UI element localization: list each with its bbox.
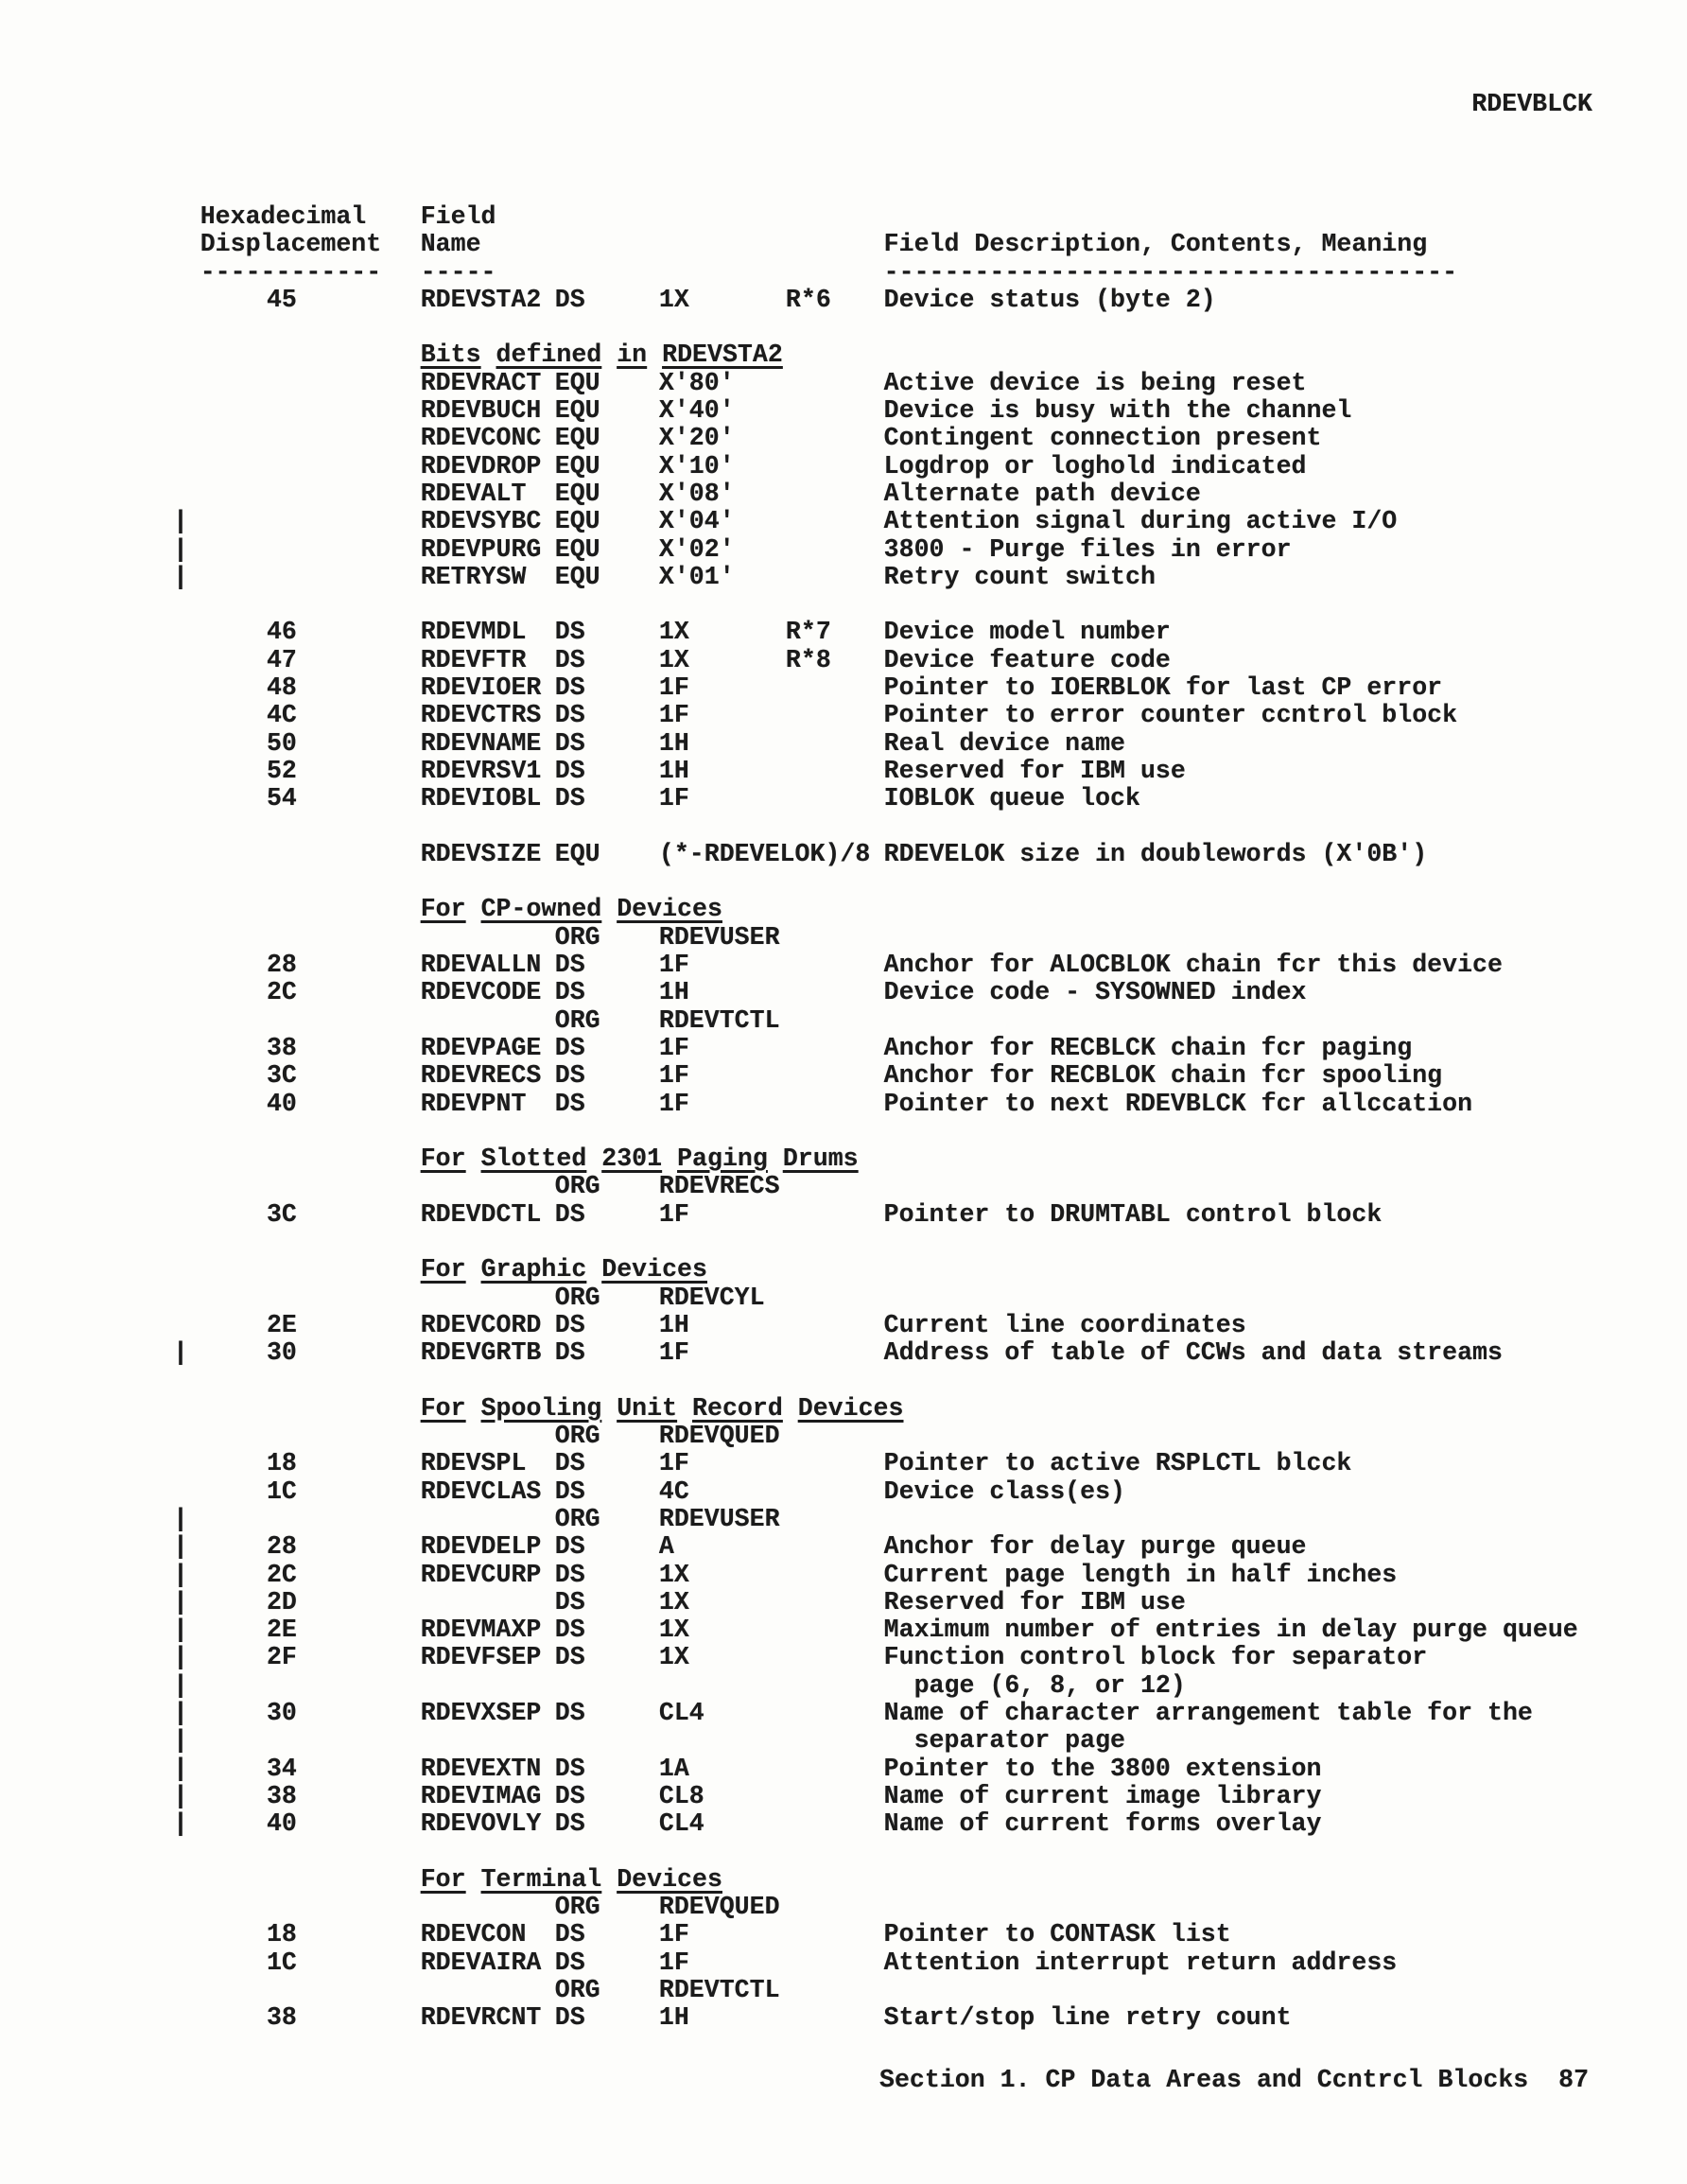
- field-description: Name of current image library: [884, 1782, 1322, 1810]
- field-description: Retry count switch: [884, 563, 1156, 591]
- listing-row: 2ERDEVCORDDS1HCurrent line coordinates: [173, 1311, 1678, 1338]
- field-name: RDEVSPL: [421, 1449, 527, 1477]
- opcode: EQU: [555, 396, 600, 425]
- listing-row: RDEVCONCEQUX'20'Contingent connection pr…: [173, 424, 1678, 451]
- opcode: EQU: [555, 840, 600, 868]
- opcode: DS: [555, 1532, 585, 1561]
- register-ref: R*8: [786, 646, 831, 674]
- section-heading-text: For Spooling Unit Record Devices: [421, 1394, 904, 1423]
- operand-value: 1F: [659, 1200, 689, 1229]
- opcode: DS: [555, 1449, 585, 1477]
- field-description: Device model number: [884, 618, 1171, 646]
- opcode: DS: [555, 2003, 585, 2032]
- opcode: DS: [555, 1809, 585, 1838]
- field-name: Name: [421, 230, 481, 258]
- change-bar: |: [173, 1671, 188, 1700]
- opcode: ORG: [555, 1172, 600, 1200]
- field-description: Anchor for RECBLOK chain fcr spooling: [884, 1061, 1442, 1090]
- opcode: DS: [555, 286, 585, 314]
- field-description: Pointer to next RDEVBLCK fcr allccation: [884, 1090, 1472, 1118]
- listing-row: |RETRYSWEQUX'01'Retry count switch: [173, 563, 1678, 590]
- listing-row: 38RDEVPAGEDS1FAnchor for RECBLCK chain f…: [173, 1034, 1678, 1061]
- opcode: DS: [555, 1782, 585, 1810]
- operand-value: 1F: [659, 673, 689, 702]
- field-description: Reserved for IBM use: [884, 757, 1186, 785]
- operand-value: 1X: [659, 286, 689, 314]
- field-name: RDEVPNT: [421, 1090, 527, 1118]
- section-heading-text: For Slotted 2301 Paging Drums: [421, 1144, 859, 1173]
- listing-row: |2FRDEVFSEPDS1XFunction control block fo…: [173, 1643, 1678, 1670]
- change-bar: |: [173, 1561, 188, 1589]
- heading-word: Paging: [677, 1144, 768, 1173]
- field-description: Reserved for IBM use: [884, 1588, 1186, 1616]
- field-description: Current line coordinates: [884, 1311, 1246, 1339]
- opcode: ORG: [555, 1505, 600, 1533]
- displacement-value: 47: [267, 646, 297, 674]
- section-heading-text: For CP-owned Devices: [421, 895, 722, 923]
- displacement-value: 38: [267, 1034, 297, 1062]
- section-heading: For Graphic Devices: [173, 1255, 1678, 1283]
- heading-word: Slotted: [481, 1144, 587, 1173]
- operand-value: X'04': [659, 507, 735, 535]
- heading-word: 2301: [601, 1144, 662, 1173]
- listing-row: ORGRDEVCYL: [173, 1284, 1678, 1311]
- displacement-value: 2E: [267, 1311, 297, 1339]
- blank-line: [173, 313, 1678, 341]
- field-description: Function control block for separator: [884, 1643, 1428, 1671]
- operand-value: RDEVQUED: [659, 1893, 780, 1921]
- listing-row: ORGRDEVTCTL: [173, 1976, 1678, 2003]
- listing-row: RDEVRACTEQUX'80'Active device is being r…: [173, 369, 1678, 396]
- section-heading-text: For Terminal Devices: [421, 1865, 722, 1894]
- field-name: RDEVCTRS: [421, 701, 542, 729]
- operand-value: 1F: [659, 1920, 689, 1948]
- field-description: --------------------------------------: [884, 258, 1457, 287]
- displacement-value: 38: [267, 2003, 297, 2032]
- operand-value: 1H: [659, 729, 689, 758]
- opcode: EQU: [555, 535, 600, 564]
- change-bar: |: [173, 1699, 188, 1727]
- field-description: Pointer to error counter ccntrol block: [884, 701, 1457, 729]
- opcode: DS: [555, 701, 585, 729]
- operand-value: 1F: [659, 1338, 689, 1367]
- operand-value: 1X: [659, 1561, 689, 1589]
- change-bar: |: [173, 535, 188, 564]
- field-name: RDEVMAXP: [421, 1616, 542, 1644]
- heading-word: Terminal: [481, 1865, 602, 1894]
- field-name: RDEVIOER: [421, 673, 542, 702]
- listing-row: 45RDEVSTA2DS1XR*6Device status (byte 2): [173, 286, 1678, 313]
- displacement-value: 18: [267, 1920, 297, 1948]
- change-bar: |: [173, 1338, 188, 1367]
- opcode: DS: [555, 757, 585, 785]
- listing-row: |2CRDEVCURPDS1XCurrent page length in ha…: [173, 1561, 1678, 1588]
- opcode: DS: [555, 951, 585, 979]
- operand-value: 1F: [659, 784, 689, 812]
- opcode: ORG: [555, 1284, 600, 1312]
- listing-row: RDEVALTEQUX'08'Alternate path device: [173, 480, 1678, 507]
- listing-row: RDEVBUCHEQUX'40'Device is busy with the …: [173, 396, 1678, 424]
- field-name: RDEVRCNT: [421, 2003, 542, 2032]
- heading-word: Record: [692, 1394, 783, 1423]
- displacement-value: 2F: [267, 1643, 297, 1671]
- displacement-value: 50: [267, 729, 297, 758]
- operand-value: CL4: [659, 1699, 704, 1727]
- field-name: RDEVIOBL: [421, 784, 542, 812]
- heading-word: Spooling: [481, 1394, 602, 1423]
- listing-row: 4CRDEVCTRSDS1FPointer to error counter c…: [173, 701, 1678, 728]
- field-description: RDEVELOK size in doublewords (X'0B'): [884, 840, 1428, 868]
- change-bar: |: [173, 1726, 188, 1755]
- listing-row: DisplacementNameField Description, Conte…: [173, 230, 1678, 257]
- change-bar: |: [173, 1616, 188, 1644]
- blank-line: [173, 590, 1678, 618]
- operand-value: X'80': [659, 369, 735, 397]
- opcode: DS: [555, 1755, 585, 1783]
- operand-value: CL4: [659, 1809, 704, 1838]
- opcode: EQU: [555, 424, 600, 452]
- opcode: DS: [555, 1477, 585, 1506]
- heading-word: Drums: [783, 1144, 859, 1173]
- opcode: ORG: [555, 923, 600, 952]
- heading-word: For: [421, 1144, 466, 1173]
- section-heading: For Slotted 2301 Paging Drums: [173, 1144, 1678, 1172]
- displacement-value: 3C: [267, 1061, 297, 1090]
- opcode: EQU: [555, 507, 600, 535]
- register-ref: R*7: [786, 618, 831, 646]
- page-footer: Section 1. CP Data Areas and Ccntrcl Blo…: [879, 2066, 1589, 2094]
- opcode: DS: [555, 784, 585, 812]
- change-bar: |: [173, 1505, 188, 1533]
- section-heading: For Terminal Devices: [173, 1865, 1678, 1893]
- operand-value: 1F: [659, 1090, 689, 1118]
- heading-word: Unit: [617, 1394, 677, 1423]
- listing-row: 1CRDEVCLASDS4CDevice class(es): [173, 1477, 1678, 1505]
- displacement-value: 48: [267, 673, 297, 702]
- displacement-value: 46: [267, 618, 297, 646]
- field-description: Start/stop line retry count: [884, 2003, 1292, 2032]
- operand-value: (*-RDEVELOK)/8: [659, 840, 870, 868]
- field-name: RDEVCODE: [421, 978, 542, 1006]
- opcode: DS: [555, 1338, 585, 1367]
- listing-row: |34RDEVEXTNDS1APointer to the 3800 exten…: [173, 1755, 1678, 1782]
- listing-row: |38RDEVIMAGDSCL8Name of current image li…: [173, 1782, 1678, 1809]
- listing-row: |2ERDEVMAXPDS1XMaximum number of entries…: [173, 1616, 1678, 1643]
- operand-value: 1X: [659, 618, 689, 646]
- section-heading-text: For Graphic Devices: [421, 1255, 707, 1284]
- field-description: Pointer to IOERBLOK for last CP error: [884, 673, 1442, 702]
- operand-value: 1F: [659, 951, 689, 979]
- field-name: RDEVRSV1: [421, 757, 542, 785]
- field-description: Logdrop or loghold indicated: [884, 452, 1307, 480]
- field-description: Device status (byte 2): [884, 286, 1216, 314]
- field-name: RDEVEXTN: [421, 1755, 542, 1783]
- field-name: RDEVRECS: [421, 1061, 542, 1090]
- displacement-value: 1C: [267, 1948, 297, 1977]
- operand-value: 1H: [659, 978, 689, 1006]
- change-bar: |: [173, 1643, 188, 1671]
- field-description: Name of character arrangement table for …: [884, 1699, 1533, 1727]
- operand-value: A: [659, 1532, 674, 1561]
- field-name: RDEVMDL: [421, 618, 527, 646]
- field-description: Attention signal during active I/O: [884, 507, 1398, 535]
- field-description: Device code - SYSOWNED index: [884, 978, 1307, 1006]
- listing-row: 3CRDEVRECSDS1FAnchor for RECBLOK chain f…: [173, 1061, 1678, 1089]
- listing-row: |40RDEVOVLYDSCL4Name of current forms ov…: [173, 1809, 1678, 1837]
- opcode: DS: [555, 1311, 585, 1339]
- field-name: RDEVALLN: [421, 951, 542, 979]
- section-heading: Bits defined in RDEVSTA2: [173, 341, 1678, 368]
- listing-row: ORGRDEVUSER: [173, 923, 1678, 951]
- field-listing: HexadecimalFieldDisplacementNameField De…: [173, 202, 1678, 2032]
- displacement-value: 40: [267, 1809, 297, 1838]
- displacement-value: 30: [267, 1338, 297, 1367]
- section-heading: For Spooling Unit Record Devices: [173, 1394, 1678, 1422]
- field-name: RDEVPURG: [421, 535, 542, 564]
- field-name: RDEVFSEP: [421, 1643, 542, 1671]
- blank-line: [173, 1228, 1678, 1255]
- listing-row: 18RDEVCONDS1FPointer to CONTASK list: [173, 1920, 1678, 1948]
- opcode: DS: [555, 1588, 585, 1616]
- displacement-value: 30: [267, 1699, 297, 1727]
- operand-value: CL8: [659, 1782, 704, 1810]
- operand-value: 1F: [659, 1948, 689, 1977]
- manual-page: RDEVBLCK HexadecimalFieldDisplacementNam…: [0, 0, 1687, 2184]
- listing-row: |30RDEVXSEPDSCL4Name of character arrang…: [173, 1699, 1678, 1726]
- operand-value: X'02': [659, 535, 735, 564]
- heading-word: RDEVSTA2: [662, 341, 783, 369]
- displacement-value: 2D: [267, 1588, 297, 1616]
- displacement-value: 52: [267, 757, 297, 785]
- heading-word: Devices: [617, 895, 722, 923]
- operand-value: X'08': [659, 480, 735, 508]
- operand-value: X'01': [659, 563, 735, 591]
- displacement-value: 28: [267, 1532, 297, 1561]
- heading-word: Devices: [617, 1865, 722, 1894]
- opcode: DS: [555, 729, 585, 758]
- heading-word: Graphic: [481, 1255, 587, 1284]
- operand-value: 1X: [659, 1616, 689, 1644]
- field-name: RDEVIMAG: [421, 1782, 542, 1810]
- blank-line: [173, 812, 1678, 840]
- operand-value: X'10': [659, 452, 735, 480]
- operand-value: 1X: [659, 1643, 689, 1671]
- listing-row: 54RDEVIOBLDS1FIOBLOK queue lock: [173, 784, 1678, 812]
- opcode: EQU: [555, 563, 600, 591]
- listing-row: ORGRDEVQUED: [173, 1893, 1678, 1920]
- opcode: DS: [555, 1061, 585, 1090]
- opcode: ORG: [555, 1006, 600, 1035]
- opcode: DS: [555, 646, 585, 674]
- operand-value: RDEVCYL: [659, 1284, 765, 1312]
- listing-row: RDEVDROPEQUX'10'Logdrop or loghold indic…: [173, 452, 1678, 480]
- opcode: DS: [555, 618, 585, 646]
- column-header: Hexadecimal: [200, 202, 367, 231]
- field-name: RDEVDCTL: [421, 1200, 542, 1229]
- field-name: RDEVPAGE: [421, 1034, 542, 1062]
- opcode: DS: [555, 673, 585, 702]
- listing-row: |page (6, 8, or 12): [173, 1671, 1678, 1699]
- blank-line: [173, 1838, 1678, 1865]
- opcode: DS: [555, 1200, 585, 1229]
- opcode: EQU: [555, 452, 600, 480]
- field-description: Anchor for ALOCBLOK chain fcr this devic…: [884, 951, 1503, 979]
- opcode: DS: [555, 1561, 585, 1589]
- field-name: -----: [421, 258, 496, 287]
- opcode: DS: [555, 1616, 585, 1644]
- change-bar: |: [173, 563, 188, 591]
- operand-value: 1F: [659, 1449, 689, 1477]
- field-description: Attention interrupt return address: [884, 1948, 1398, 1977]
- field-name: RDEVXSEP: [421, 1699, 542, 1727]
- register-ref: R*6: [786, 286, 831, 314]
- change-bar: |: [173, 1755, 188, 1783]
- field-name: RDEVCURP: [421, 1561, 542, 1589]
- displacement-value: 34: [267, 1755, 297, 1783]
- description-continuation: separator page: [914, 1726, 1125, 1755]
- field-name: RDEVDELP: [421, 1532, 542, 1561]
- heading-word: defined: [496, 341, 602, 369]
- listing-row: ORGRDEVQUED: [173, 1422, 1678, 1449]
- field-name: RDEVCON: [421, 1920, 527, 1948]
- listing-row: 3CRDEVDCTLDS1FPointer to DRUMTABL contro…: [173, 1200, 1678, 1228]
- change-bar: |: [173, 1588, 188, 1616]
- operand-value: 1X: [659, 646, 689, 674]
- field-description: Maximum number of entries in delay purge…: [884, 1616, 1578, 1644]
- field-description: Pointer to CONTASK list: [884, 1920, 1231, 1948]
- operand-value: 4C: [659, 1477, 689, 1506]
- listing-row: |30RDEVGRTBDS1FAddress of table of CCWs …: [173, 1338, 1678, 1366]
- opcode: DS: [555, 1643, 585, 1671]
- listing-row: |RDEVSYBCEQUX'04'Attention signal during…: [173, 507, 1678, 534]
- operand-value: 1F: [659, 1061, 689, 1090]
- operand-value: RDEVTCTL: [659, 1976, 780, 2004]
- field-name: RDEVCORD: [421, 1311, 542, 1339]
- field-name: RDEVSYBC: [421, 507, 542, 535]
- change-bar: |: [173, 1809, 188, 1838]
- listing-row: RDEVSIZEEQU(*-RDEVELOK)/8RDEVELOK size i…: [173, 840, 1678, 867]
- heading-word: For: [421, 1394, 466, 1423]
- field-name: RDEVOVLY: [421, 1809, 542, 1838]
- opcode: EQU: [555, 480, 600, 508]
- heading-word: in: [617, 341, 647, 369]
- displacement-value: 54: [267, 784, 297, 812]
- section-heading: For CP-owned Devices: [173, 895, 1678, 922]
- displacement-value: 45: [267, 286, 297, 314]
- displacement-value: 18: [267, 1449, 297, 1477]
- listing-row: 47RDEVFTRDS1XR*8Device feature code: [173, 646, 1678, 673]
- opcode: DS: [555, 1920, 585, 1948]
- operand-value: RDEVQUED: [659, 1422, 780, 1450]
- field-name: RDEVSIZE: [421, 840, 542, 868]
- listing-row: ORGRDEVTCTL: [173, 1006, 1678, 1034]
- displacement-value: 2C: [267, 1561, 297, 1589]
- field-description: Pointer to DRUMTABL control block: [884, 1200, 1383, 1229]
- field-name: RDEVDROP: [421, 452, 542, 480]
- field-description: Real device name: [884, 729, 1125, 758]
- operand-value: 1H: [659, 757, 689, 785]
- displacement-value: 4C: [267, 701, 297, 729]
- listing-row: 28RDEVALLNDS1FAnchor for ALOCBLOK chain …: [173, 951, 1678, 978]
- heading-word: For: [421, 895, 466, 923]
- listing-row: 40RDEVPNTDS1FPointer to next RDEVBLCK fc…: [173, 1090, 1678, 1117]
- field-name: RDEVRACT: [421, 369, 542, 397]
- displacement-value: 2C: [267, 978, 297, 1006]
- field-name: RDEVGRTB: [421, 1338, 542, 1367]
- heading-word: Bits: [421, 341, 481, 369]
- field-description: Anchor for delay purge queue: [884, 1532, 1307, 1561]
- opcode: DS: [555, 1699, 585, 1727]
- column-header: ------------: [200, 258, 382, 287]
- listing-row: 48RDEVIOERDS1FPointer to IOERBLOK for la…: [173, 673, 1678, 701]
- listing-row: HexadecimalField: [173, 202, 1678, 230]
- listing-row: |RDEVPURGEQUX'02'3800 - Purge files in e…: [173, 535, 1678, 563]
- description-continuation: page (6, 8, or 12): [914, 1671, 1186, 1700]
- operand-value: 1H: [659, 1311, 689, 1339]
- displacement-value: 1C: [267, 1477, 297, 1506]
- listing-row: |2DDS1XReserved for IBM use: [173, 1588, 1678, 1616]
- operand-value: RDEVRECS: [659, 1172, 780, 1200]
- field-description: Address of table of CCWs and data stream…: [884, 1338, 1503, 1367]
- field-description: Anchor for RECBLCK chain fcr paging: [884, 1034, 1413, 1062]
- opcode: DS: [555, 1948, 585, 1977]
- field-name: RDEVAIRA: [421, 1948, 542, 1977]
- opcode: ORG: [555, 1893, 600, 1921]
- change-bar: |: [173, 1532, 188, 1561]
- operand-value: X'20': [659, 424, 735, 452]
- operand-value: 1A: [659, 1755, 689, 1783]
- opcode: DS: [555, 1034, 585, 1062]
- operand-value: X'40': [659, 396, 735, 425]
- field-name: RDEVFTR: [421, 646, 527, 674]
- section-heading-text: Bits defined in RDEVSTA2: [421, 341, 783, 369]
- listing-row: 46RDEVMDLDS1XR*7Device model number: [173, 618, 1678, 645]
- listing-row: |ORGRDEVUSER: [173, 1505, 1678, 1532]
- listing-row: ----------------------------------------…: [173, 258, 1678, 286]
- heading-word: Devices: [601, 1255, 707, 1284]
- operand-value: RDEVUSER: [659, 923, 780, 952]
- operand-value: RDEVUSER: [659, 1505, 780, 1533]
- field-description: 3800 - Purge files in error: [884, 535, 1292, 564]
- heading-word: Devices: [798, 1394, 904, 1423]
- displacement-value: 3C: [267, 1200, 297, 1229]
- operand-value: 1X: [659, 1588, 689, 1616]
- field-name: Field: [421, 202, 496, 231]
- field-name: RDEVALT: [421, 480, 527, 508]
- opcode: ORG: [555, 1976, 600, 2004]
- field-description: Device class(es): [884, 1477, 1125, 1506]
- opcode: EQU: [555, 369, 600, 397]
- field-description: Alternate path device: [884, 480, 1201, 508]
- field-name: RDEVBUCH: [421, 396, 542, 425]
- field-description: Field Description, Contents, Meaning: [884, 230, 1428, 258]
- displacement-value: 28: [267, 951, 297, 979]
- listing-row: |28RDEVDELPDSAAnchor for delay purge que…: [173, 1532, 1678, 1560]
- heading-word: For: [421, 1865, 466, 1894]
- field-description: Device feature code: [884, 646, 1171, 674]
- opcode: ORG: [555, 1422, 600, 1450]
- change-bar: |: [173, 507, 188, 535]
- page-header-label: RDEVBLCK: [1471, 90, 1592, 118]
- operand-value: 1F: [659, 1034, 689, 1062]
- operand-value: 1F: [659, 701, 689, 729]
- field-name: RDEVNAME: [421, 729, 542, 758]
- field-description: Current page length in half inches: [884, 1561, 1398, 1589]
- operand-value: 1H: [659, 2003, 689, 2032]
- listing-row: 2CRDEVCODEDS1HDevice code - SYSOWNED ind…: [173, 978, 1678, 1005]
- heading-word: CP-owned: [481, 895, 602, 923]
- field-name: RDEVSTA2: [421, 286, 542, 314]
